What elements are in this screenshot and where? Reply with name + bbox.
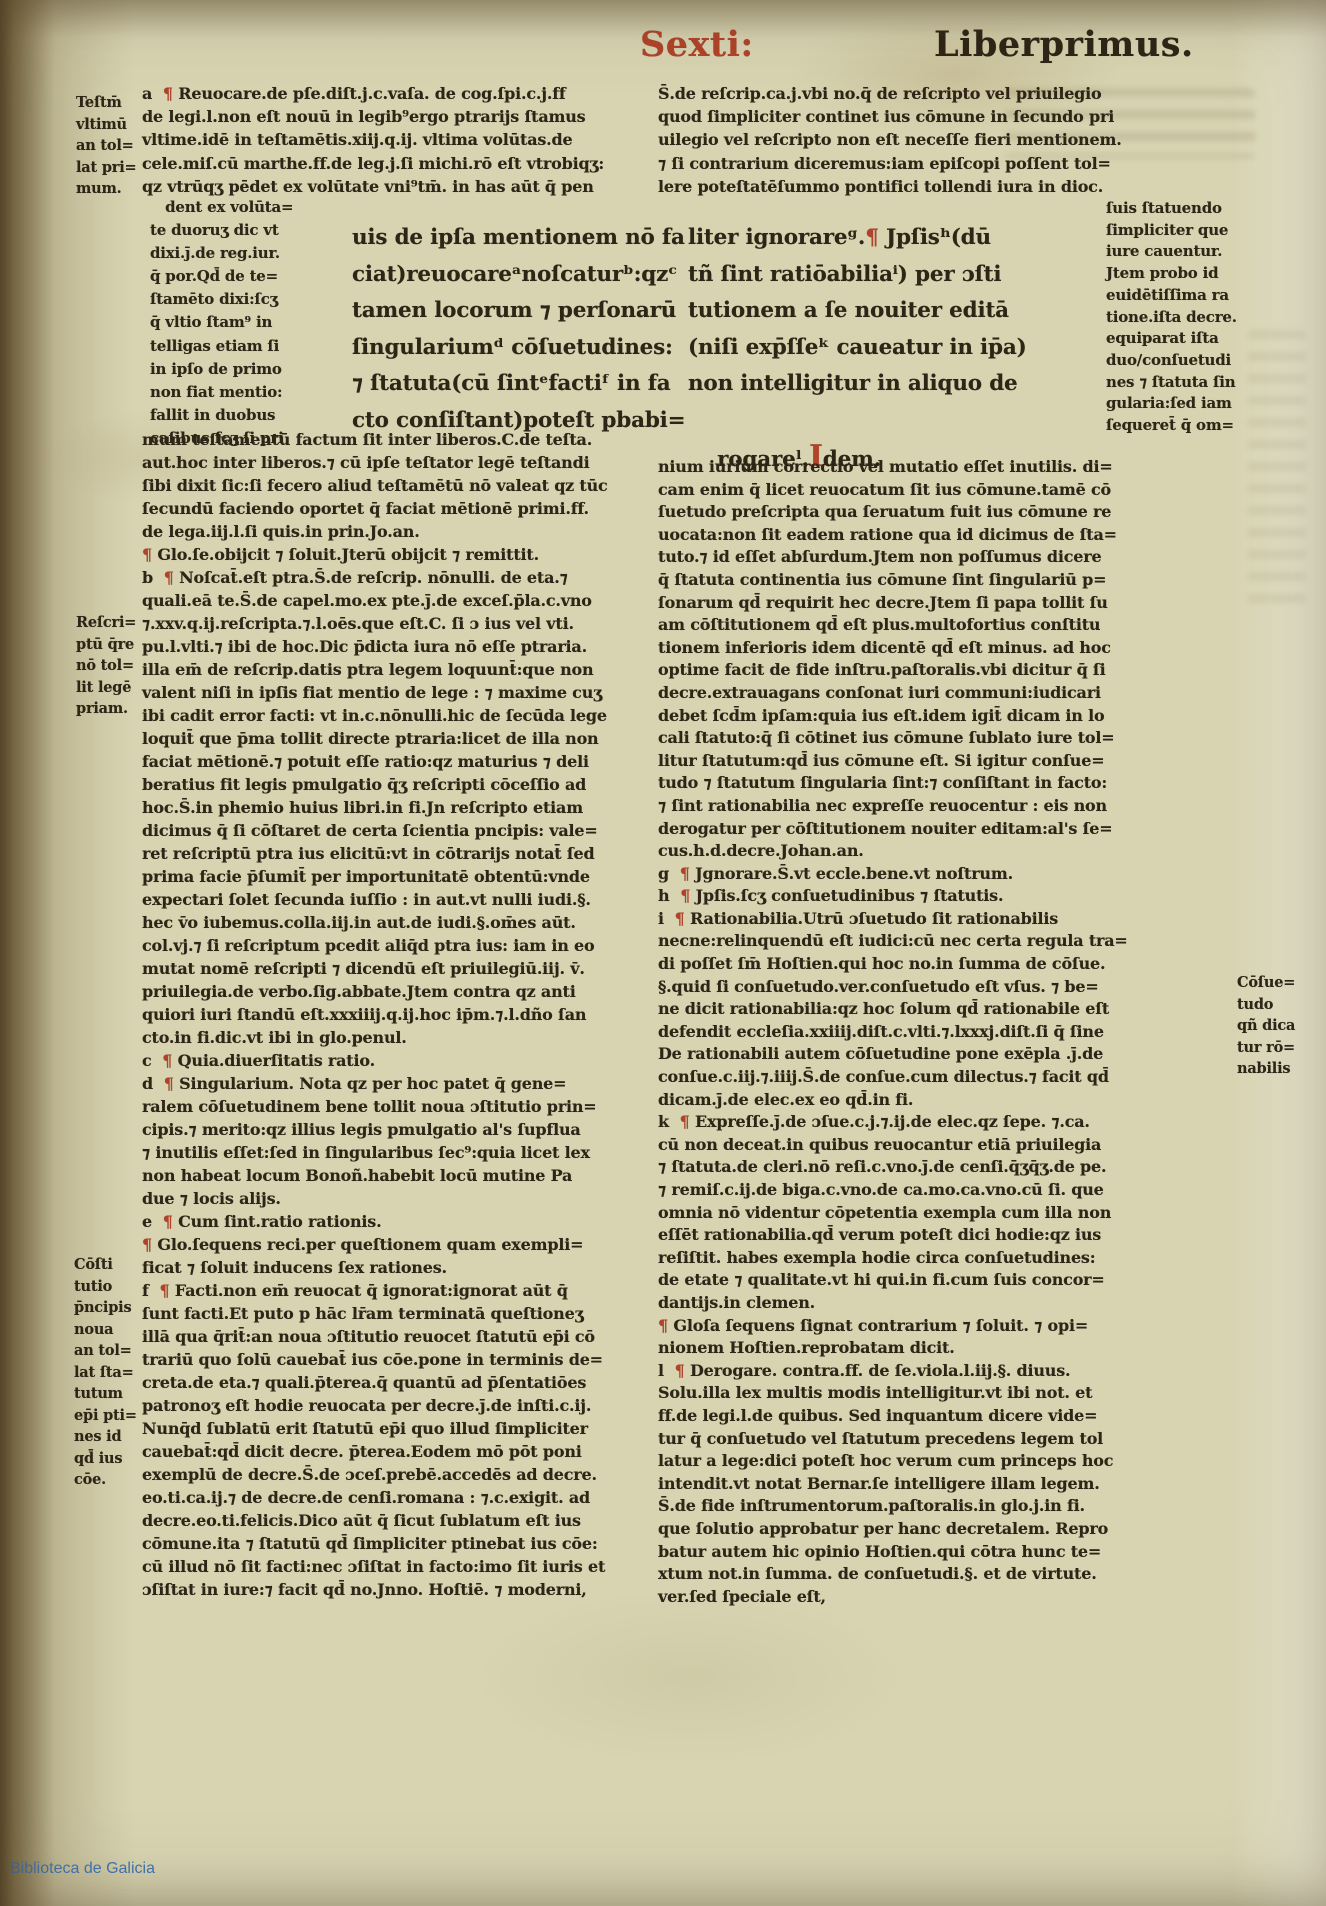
commentary-column-left: mum teſtamentū factum ſit inter liberos.…: [142, 428, 608, 1601]
lex-text-right: liter ignorareᵍ.¶ Jpſisʰ(dū tñ ſint rati…: [688, 220, 1027, 403]
gloss-inner-column-right: ſuis ſtatuendo ſimpliciter que iure caue…: [1106, 198, 1237, 437]
running-head-book: Liberprimus.: [934, 24, 1194, 65]
margin-note-testamentum: Teſtm̄ vltimū an tol= lat pri= mum.: [76, 92, 137, 200]
running-head-section: Sexti:: [640, 24, 754, 65]
library-stamp: Biblioteca de Galicia: [10, 1860, 155, 1878]
intro-commentary-left: a ¶ Reuocare.de pſe.diſt.j.c.vaſa. de co…: [142, 82, 604, 198]
margin-note-consuetudo: Cōſue= tudo qñ dica tur rō= nabilis: [1237, 972, 1295, 1080]
bleed-through-smudge: [1248, 330, 1306, 610]
margin-note-constitutio: Cōſti tutio p̄ncipis noua an tol= lat ſt…: [74, 1254, 137, 1491]
gloss-inner-column-left: dent ex volūta= te duoruʒ dic vt dixi.j̄…: [150, 196, 293, 450]
lex-text-left: uis de ipſa mentionem nō fa ciat)reuocar…: [352, 220, 685, 439]
intro-commentary-right: S̄.de reſcrip.ca.j.vbi no.q̄ de reſcript…: [658, 82, 1122, 198]
margin-note-rescriptum: Reſcri= ptū q̄re nō tol= lit legē priam.: [76, 612, 136, 720]
page-scan: Sexti: Liberprimus. Teſtm̄ vltimū an tol…: [0, 0, 1326, 1906]
commentary-column-right: nium iurium correctio vel mutatio eſſet …: [658, 456, 1128, 1608]
